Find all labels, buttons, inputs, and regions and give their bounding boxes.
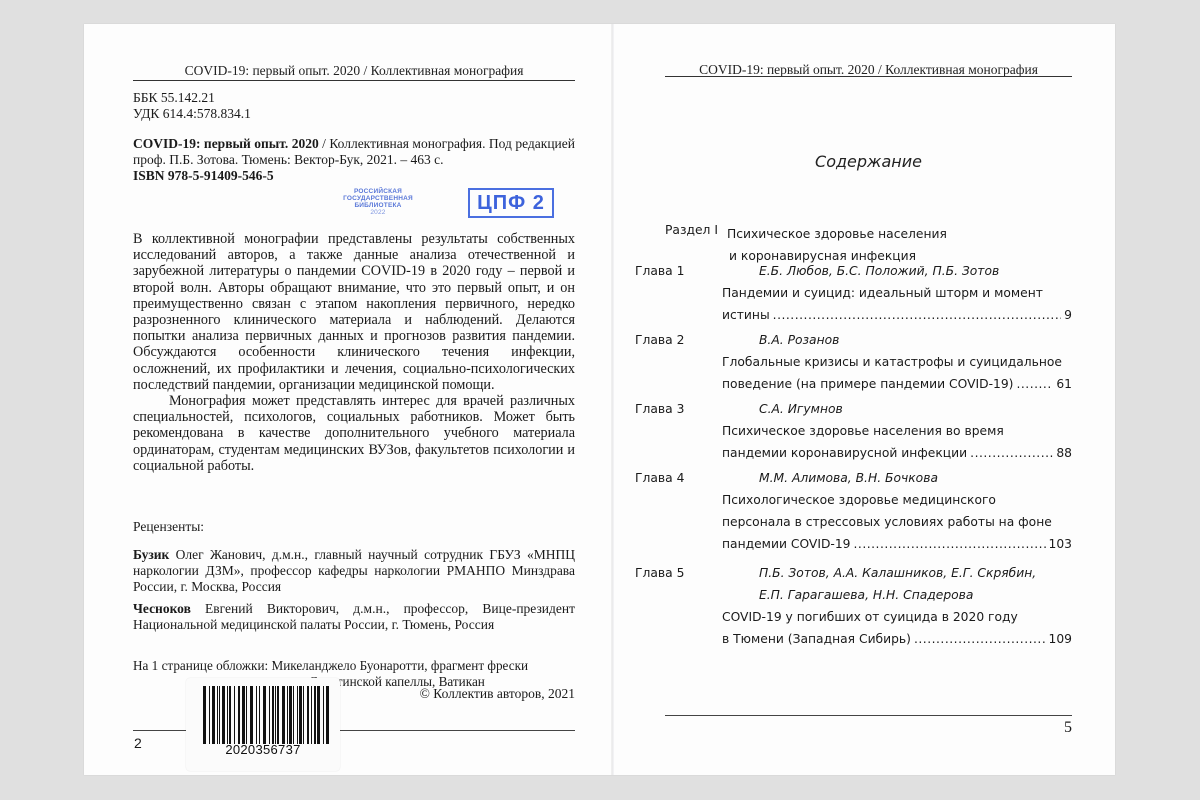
reviewers-label: Рецензенты: [133, 519, 204, 535]
chapter-leader-row: в Тюмени (Западная Сибирь)..............… [722, 628, 1072, 650]
toc-entry-link[interactable]: Психологическое здоровье медицинскогопер… [722, 489, 1072, 555]
chapter-author-line: Е.П. Гарагашева, Н.Н. Спадерова [759, 584, 1036, 606]
dot-leader: ........................................… [773, 304, 1062, 326]
library-stamp-line: БИБЛИОТЕКА [328, 202, 428, 209]
library-stamp: РОССИЙСКАЯ ГОСУДАРСТВЕННАЯ БИБЛИОТЕКА 20… [328, 188, 428, 216]
chapter-page-number: 88 [1056, 442, 1072, 464]
chapter-authors: М.М. Алимова, В.Н. Бочкова [759, 467, 938, 489]
chapter-label: Глава 1 [635, 264, 684, 278]
library-stamp-line: ГОСУДАРСТВЕННАЯ [328, 195, 428, 202]
chapter-leader-row: пандемии коронавирусной инфекции........… [722, 442, 1072, 464]
chapter-authors: В.А. Розанов [759, 329, 839, 351]
chapter-title-line: Психическое здоровье населения во время [722, 420, 1072, 442]
chapter-label: Глава 5 [635, 566, 684, 580]
section-title-line: Психическое здоровье населения [727, 223, 947, 245]
right-page-number: 5 [1052, 719, 1072, 737]
abstract: В коллективной монографии представлены р… [133, 231, 575, 474]
chapter-title-line: Глобальные кризисы и катастрофы и суицид… [722, 351, 1072, 373]
right-footer-rule [665, 715, 1072, 716]
reviewer-entry: Чесноков Евгений Викторович, д.м.н., про… [133, 601, 575, 633]
right-header-rule [665, 76, 1072, 77]
bbk-code: ББК 55.142.21 [133, 90, 251, 106]
left-running-header: COVID-19: первый опыт. 2020 / Коллективн… [133, 63, 575, 79]
book-spread: COVID-19: первый опыт. 2020 / Коллективн… [84, 24, 1115, 775]
isbn: ISBN 978-5-91409-546-5 [133, 168, 274, 183]
copyright: © Коллектив авторов, 2021 [389, 686, 575, 702]
dot-leader: ........................................… [1016, 373, 1053, 395]
barcode-number: 2020356737 [186, 742, 340, 757]
section-label: Раздел I [665, 223, 718, 237]
reviewer-surname: Бузик [133, 547, 169, 562]
library-stamp-line: РОССИЙСКАЯ [328, 188, 428, 195]
cover-note-line: На 1 странице обложки: Микеланджело Буон… [133, 658, 528, 673]
chapter-leader-row: истины..................................… [722, 304, 1072, 326]
chapter-title-line: персонала в стрессовых условиях работы н… [722, 511, 1072, 533]
chapter-title-line: пандемии коронавирусной инфекции [722, 442, 967, 464]
classification-codes: ББК 55.142.21 УДК 614.4:578.834.1 [133, 90, 251, 122]
reviewer-details: Евгений Викторович, д.м.н., профессор, В… [133, 601, 575, 632]
dot-leader: ........................................… [854, 533, 1046, 555]
dot-leader: ........................................… [914, 628, 1046, 650]
chapter-leader-row: поведение (на примере пандемии COVID-19)… [722, 373, 1072, 395]
catalog-entry: COVID-19: первый опыт. 2020 / Коллективн… [133, 136, 575, 184]
reviewer-surname: Чесноков [133, 601, 191, 616]
left-header-rule [133, 80, 575, 81]
chapter-authors: П.Б. Зотов, А.А. Калашников, Е.Г. Скряби… [759, 562, 1036, 606]
toc-entry-link[interactable]: COVID-19 у погибших от суицида в 2020 го… [722, 606, 1072, 650]
chapter-title-line: Психологическое здоровье медицинского [722, 489, 1072, 511]
barcode-icon [203, 686, 329, 744]
abstract-paragraph: Монография может представлять интерес дл… [133, 393, 575, 474]
chapter-title-line: пандемии COVID-19 [722, 533, 851, 555]
library-barcode-label: 2020356737 [186, 678, 340, 771]
chapter-title-line: Пандемии и суицид: идеальный шторм и мом… [722, 282, 1072, 304]
udk-code: УДК 614.4:578.834.1 [133, 106, 251, 122]
chapter-page-number: 61 [1056, 373, 1072, 395]
cpf-stamp: ЦПФ 2 [468, 188, 554, 218]
chapter-page-number: 109 [1049, 628, 1072, 650]
chapter-title-line: поведение (на примере пандемии COVID-19) [722, 373, 1013, 395]
chapter-author-line: Е.Б. Любов, Б.С. Положий, П.Б. Зотов [759, 260, 999, 282]
catalog-title: COVID-19: первый опыт. 2020 [133, 136, 319, 151]
dot-leader: ........................................… [970, 442, 1053, 464]
chapter-page-number: 103 [1049, 533, 1072, 555]
abstract-paragraph: В коллективной монографии представлены р… [133, 231, 575, 393]
left-page-number: 2 [134, 735, 142, 751]
library-stamp-line: 2022 [328, 209, 428, 216]
reviewer-details: Олег Жанович, д.м.н., главный научный со… [133, 547, 575, 594]
reviewer-entry: Бузик Олег Жанович, д.м.н., главный науч… [133, 547, 575, 595]
chapter-title-line: истины [722, 304, 770, 326]
chapter-label: Глава 2 [635, 333, 684, 347]
chapter-author-line: С.А. Игумнов [759, 398, 843, 420]
chapter-title-line: COVID-19 у погибших от суицида в 2020 го… [722, 606, 1072, 628]
book-spine [611, 24, 614, 775]
chapter-leader-row: пандемии COVID-19.......................… [722, 533, 1072, 555]
toc-entry-link[interactable]: Пандемии и суицид: идеальный шторм и мом… [722, 282, 1072, 326]
chapter-author-line: В.А. Розанов [759, 329, 839, 351]
chapter-authors: С.А. Игумнов [759, 398, 843, 420]
chapter-title-line: в Тюмени (Западная Сибирь) [722, 628, 911, 650]
chapter-page-number: 9 [1064, 304, 1072, 326]
chapter-author-line: П.Б. Зотов, А.А. Калашников, Е.Г. Скряби… [759, 562, 1036, 584]
chapter-label: Глава 4 [635, 471, 684, 485]
chapter-label: Глава 3 [635, 402, 684, 416]
toc-entry-link[interactable]: Психическое здоровье населения во времяп… [722, 420, 1072, 464]
toc-entry-link[interactable]: Глобальные кризисы и катастрофы и суицид… [722, 351, 1072, 395]
toc-title: Содержание [665, 152, 1072, 171]
chapter-author-line: М.М. Алимова, В.Н. Бочкова [759, 467, 938, 489]
chapter-authors: Е.Б. Любов, Б.С. Положий, П.Б. Зотов [759, 260, 999, 282]
